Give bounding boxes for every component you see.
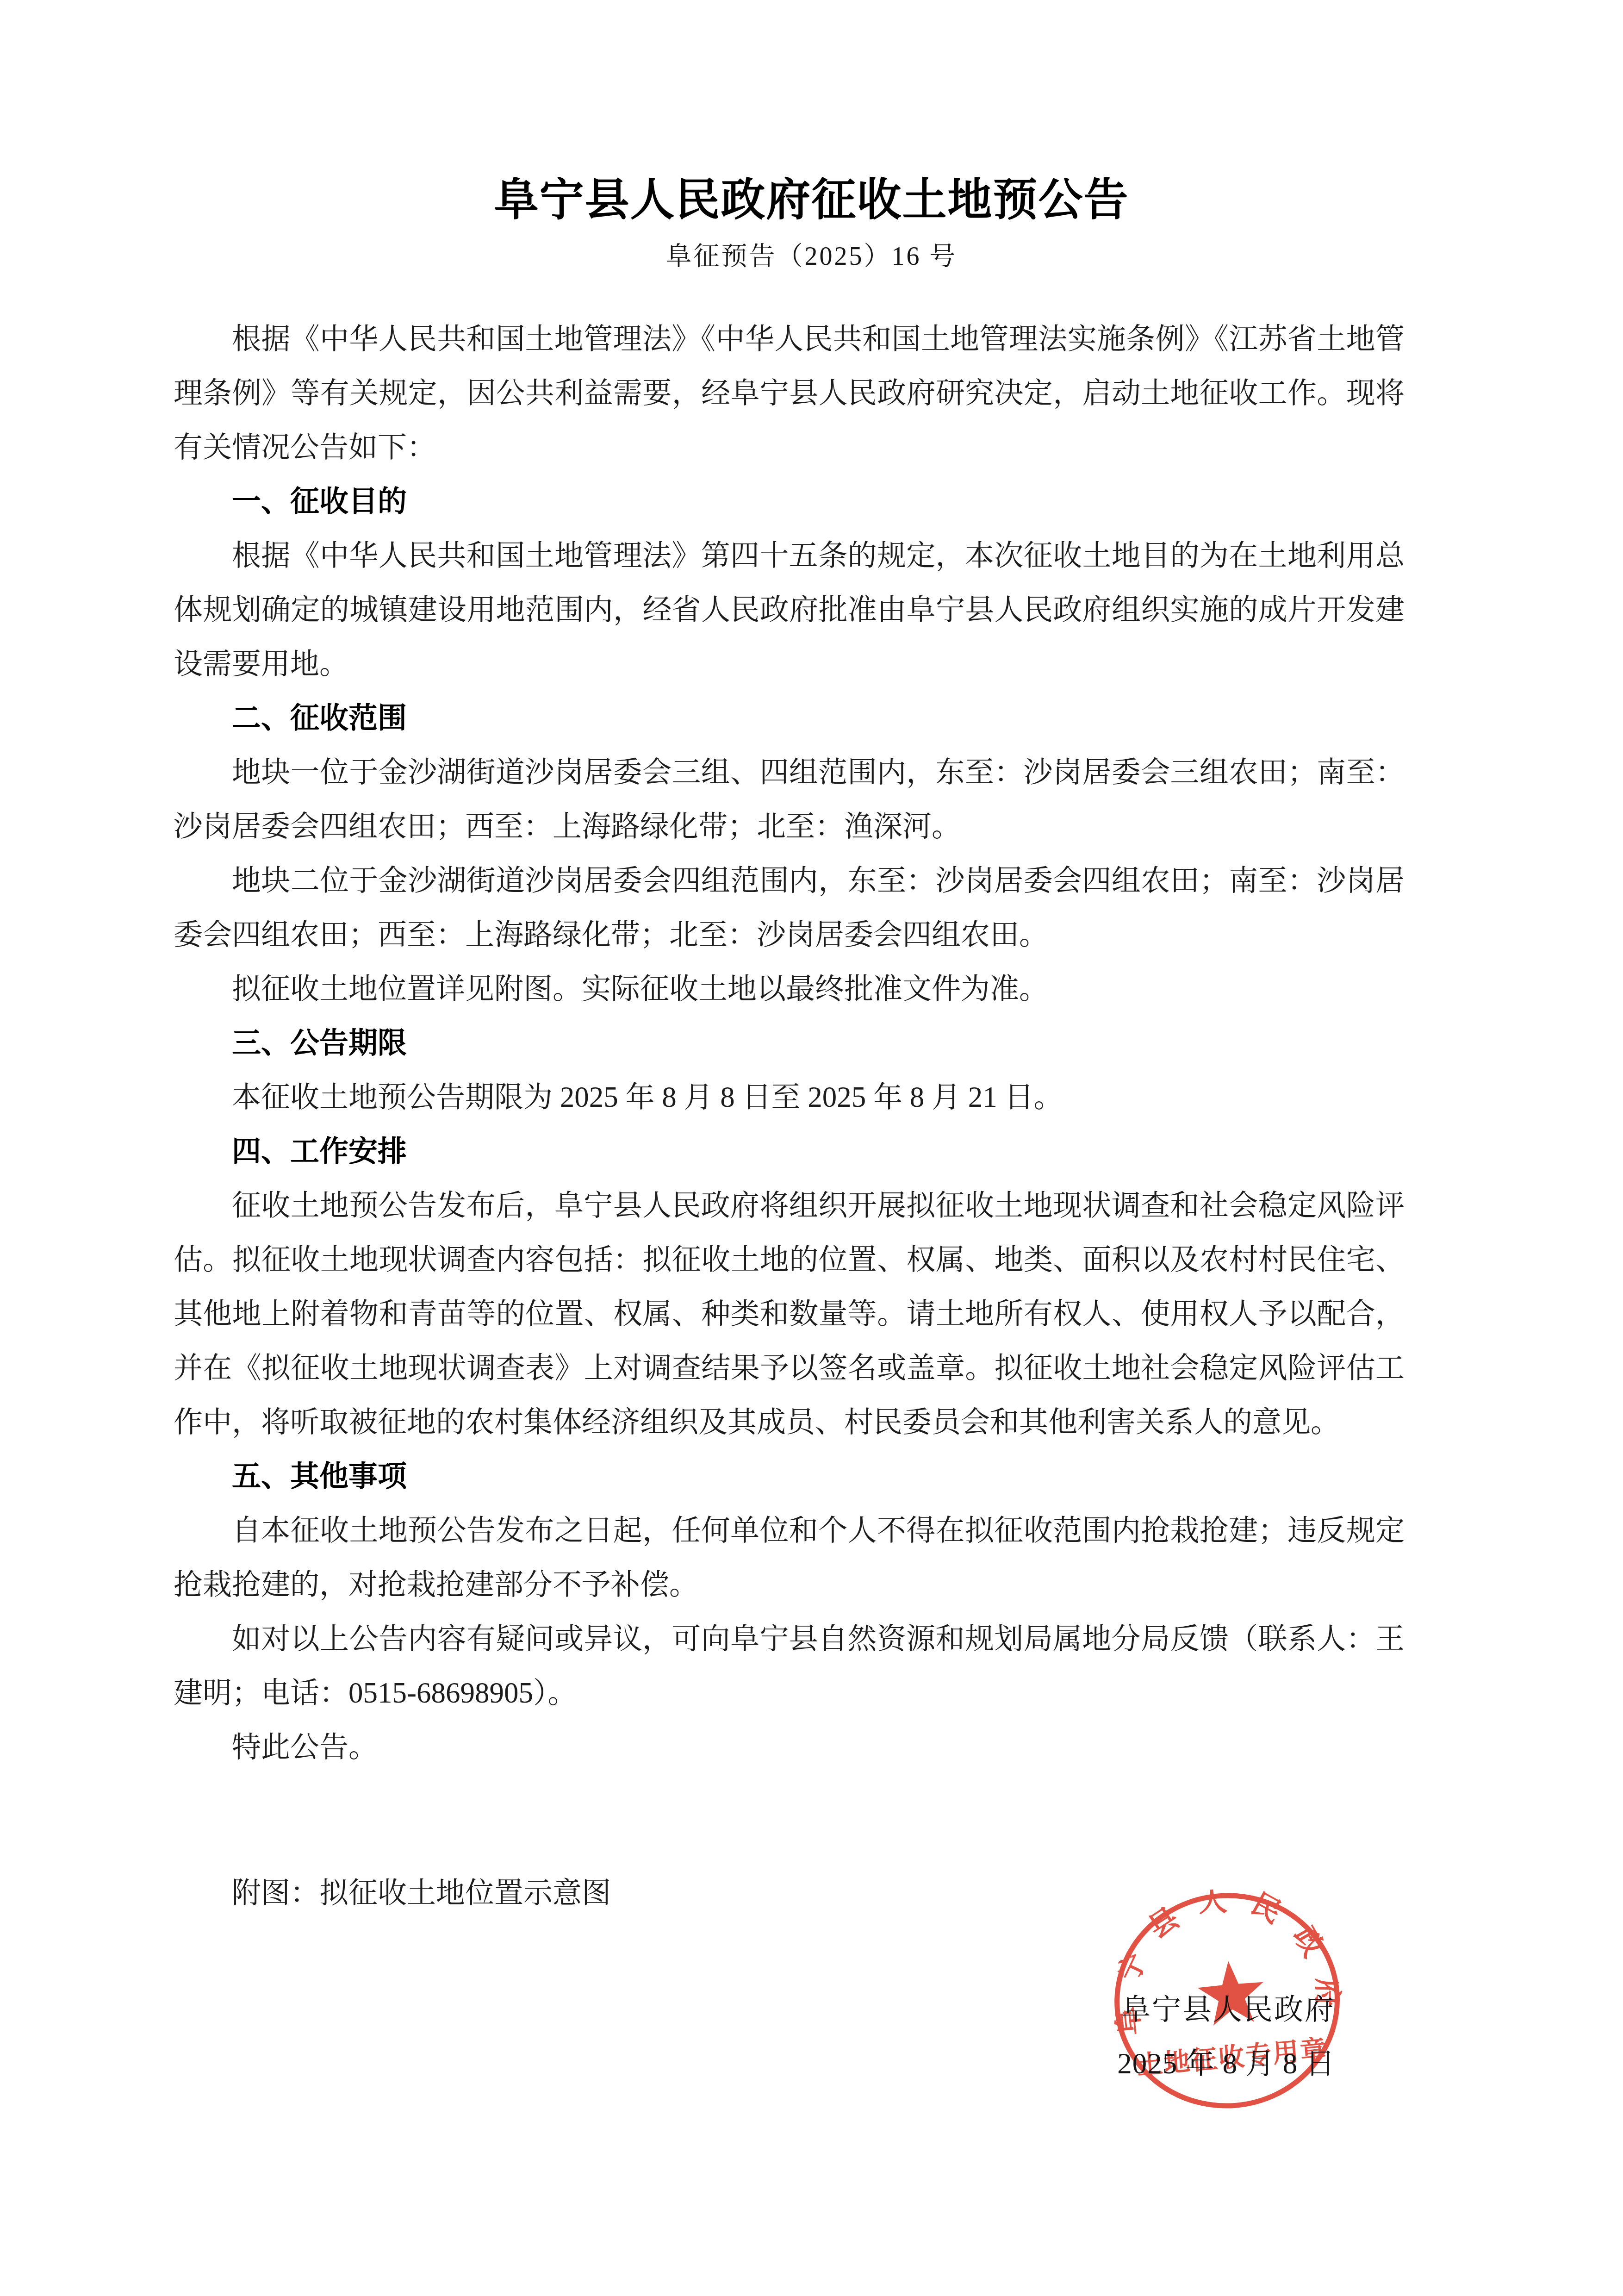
section-heading-scope: 二、征收范围 [174,691,1405,745]
paragraph: 自本征收土地预公告发布之日起，任何单位和个人不得在拟征收范围内抢栽抢建；违反规定… [174,1504,1405,1612]
paragraph: 特此公告。 [174,1720,1405,1774]
section-heading-work-plan: 四、工作安排 [174,1124,1405,1179]
page-title: 阜宁县人民政府征收土地预公告 [0,172,1623,228]
paragraph: 根据《中华人民共和国土地管理法》第四十五条的规定，本次征收土地目的为在土地利用总… [174,529,1405,691]
intro-paragraph: 根据《中华人民共和国土地管理法》《中华人民共和国土地管理法实施条例》《江苏省土地… [174,312,1405,474]
paragraph: 地块一位于金沙湖街道沙岗居委会三组、四组范围内，东至：沙岗居委会三组农田；南至：… [174,745,1405,854]
paragraph: 本征收土地预公告期限为 2025 年 8 月 8 日至 2025 年 8 月 2… [174,1070,1405,1124]
paragraph: 地块二位于金沙湖街道沙岗居委会四组范围内，东至：沙岗居委会四组农田；南至：沙岗居… [174,854,1405,962]
scanned-announcement-page: 阜宁县人民政府征收土地预公告 阜征预告（2025）16 号 根据《中华人民共和国… [0,0,1623,2296]
signature-issuer: 阜宁县人民政府 [0,1983,1335,2037]
section-heading-other: 五、其他事项 [174,1449,1405,1504]
section-heading-purpose: 一、征收目的 [174,474,1405,529]
paragraph: 如对以上公告内容有疑问或异议，可向阜宁县自然资源和规划局属地分局反馈（联系人：王… [174,1612,1405,1720]
announcement-body: 根据《中华人民共和国土地管理法》《中华人民共和国土地管理法实施条例》《江苏省土地… [174,312,1405,1774]
paragraph: 征收土地预公告发布后，阜宁县人民政府将组织开展拟征收土地现状调查和社会稳定风险评… [174,1179,1405,1449]
section-heading-period: 三、公告期限 [174,1016,1405,1070]
signature-date: 2025 年 8 月 8 日 [0,2037,1335,2091]
signature-block: 阜宁县人民政府 2025 年 8 月 8 日 [0,1983,1623,2091]
paragraph: 拟征收土地位置详见附图。实际征收土地以最终批准文件为准。 [174,962,1405,1016]
doc-number: 阜征预告（2025）16 号 [0,239,1623,274]
